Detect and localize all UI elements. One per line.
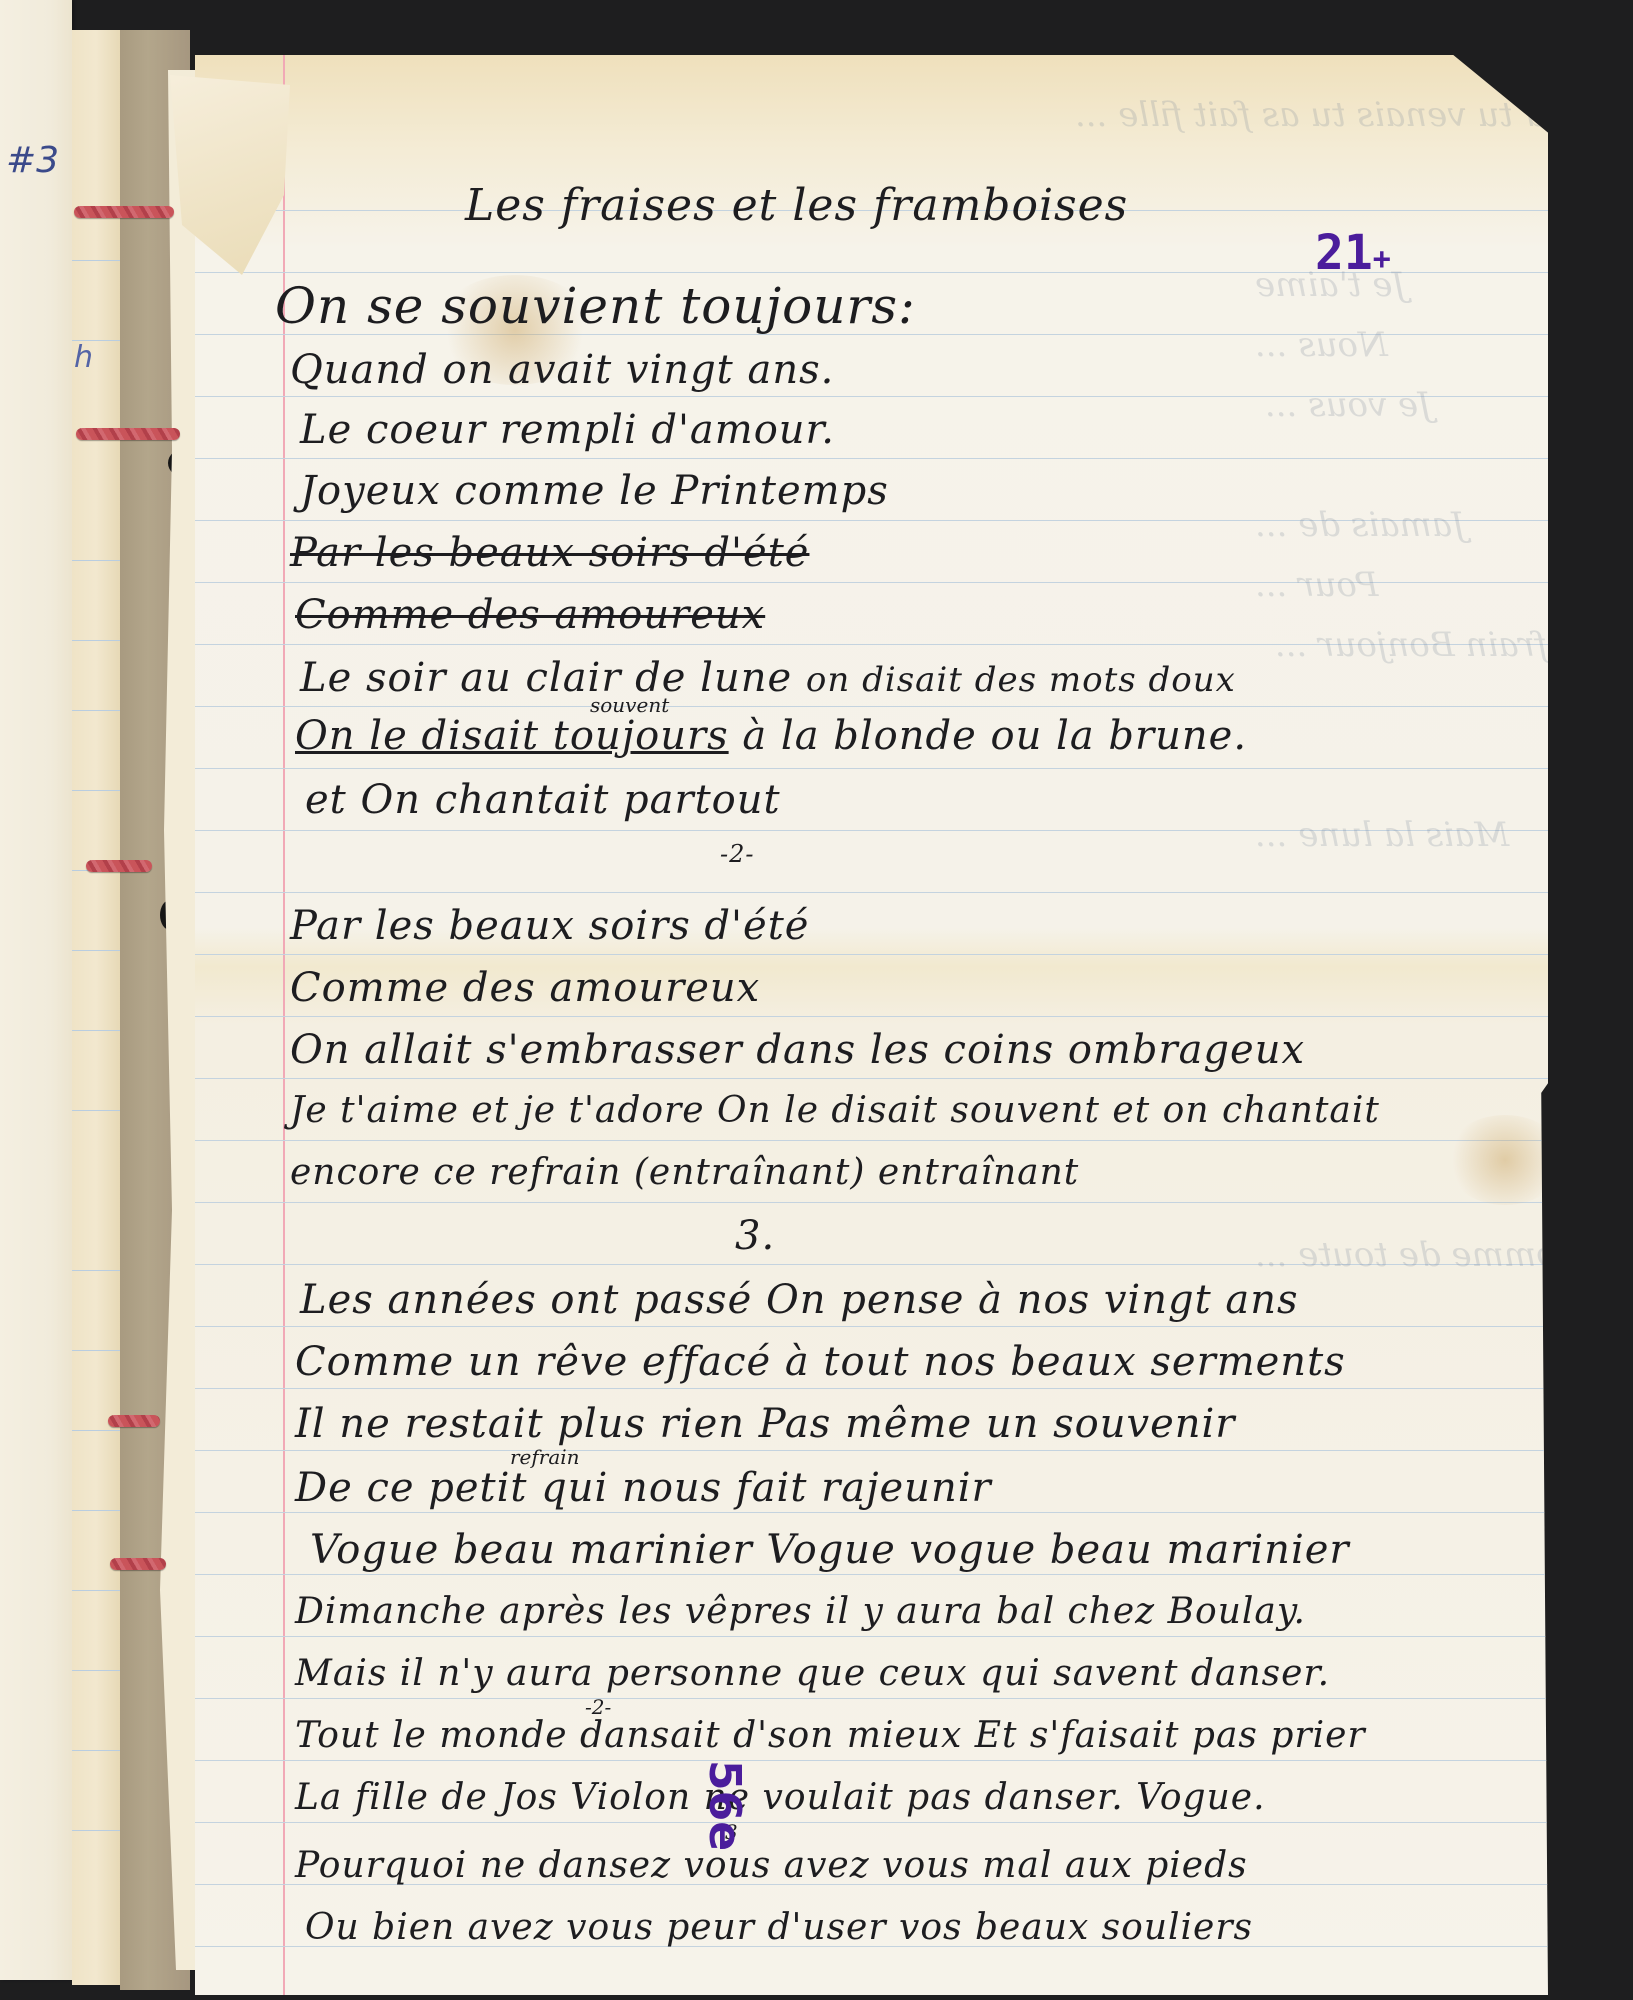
lyric-line: De ce petit qui nous fait rajeunir bbox=[295, 1465, 992, 1511]
lyric-line: Le coeur rempli d'amour. bbox=[300, 407, 835, 453]
bleed-through-text: Refrain Bonjour ... bbox=[1275, 625, 1593, 665]
bleed-through-text: Mais toujours quand tu venais tu as fait… bbox=[1075, 95, 1633, 135]
lyric-line: Comme des amoureux bbox=[290, 965, 760, 1011]
binding-string bbox=[108, 1415, 160, 1427]
lyric-line: Pourquoi ne dansez vous avez vous mal au… bbox=[295, 1845, 1248, 1886]
lyric-continuation: on disait des mots doux bbox=[806, 660, 1236, 700]
binding-string bbox=[110, 1558, 166, 1570]
lyric-line: et On chantait partout bbox=[305, 777, 781, 823]
lyric-text: Le soir au clair de lune bbox=[300, 655, 792, 701]
main-ruled-page: Mais toujours quand tu venais tu as fait… bbox=[195, 55, 1548, 1995]
lyric-line: Mais il n'y aura personne que ceux qui s… bbox=[295, 1653, 1330, 1694]
scanned-notebook: #3 h bbox=[0, 0, 1633, 2000]
page-number-suffix: + bbox=[1373, 242, 1391, 277]
lyric-line: Le soir au clair de lune on disait des m… bbox=[300, 655, 1236, 701]
lyric-line: Joyeux comme le Printemps bbox=[300, 468, 889, 514]
lyric-line-struck: Par les beaux soirs d'été bbox=[290, 530, 809, 576]
lyric-line: encore ce refrain (entraînant) entraînan… bbox=[290, 1152, 1079, 1193]
catalog-stamp: 56e bbox=[699, 1760, 750, 1851]
lyric-line: Les années ont passé On pense à nos ving… bbox=[300, 1277, 1299, 1323]
binding-string bbox=[74, 206, 174, 218]
binding-margin-mark: h bbox=[74, 340, 93, 375]
lyric-line: On allait s'embrasser dans les coins omb… bbox=[290, 1027, 1305, 1073]
margin-line bbox=[283, 55, 285, 1995]
bleed-through-text: Nous ... bbox=[1255, 325, 1388, 365]
lyric-line: Comme un rêve effacé à tout nos beaux se… bbox=[295, 1339, 1346, 1385]
left-margin-note: #3 bbox=[6, 140, 59, 181]
lyric-line: Je t'aime et je t'adore On le disait sou… bbox=[290, 1090, 1380, 1131]
binding-string bbox=[86, 860, 152, 872]
lyric-line: On se souvient toujours: bbox=[275, 277, 916, 335]
lyric-line-struck: Comme des amoureux bbox=[295, 592, 765, 638]
bleed-through-text: Comme de toute ... bbox=[1255, 1235, 1583, 1275]
bleed-through-text: Mais la lune ... bbox=[1255, 815, 1509, 855]
bleed-through-text: Je vous ... bbox=[1265, 385, 1432, 425]
binding-string bbox=[76, 428, 180, 440]
lyric-line: Vogue beau marinier Vogue vogue beau mar… bbox=[310, 1527, 1350, 1573]
lyric-line: Tout le monde dansait d'son mieux Et s'f… bbox=[295, 1715, 1366, 1756]
page-number: 21 bbox=[1315, 225, 1373, 281]
lyric-continuation: à la blonde ou la brune. bbox=[742, 713, 1247, 759]
verse-number: 3. bbox=[735, 1213, 775, 1259]
lyric-line: Par les beaux soirs d'été bbox=[290, 903, 809, 949]
lyric-line: Dimanche après les vêpres il y aura bal … bbox=[295, 1591, 1306, 1632]
lyric-line: Il ne restait plus rien Pas même un souv… bbox=[295, 1401, 1235, 1447]
page-number-stamp: 21+ bbox=[1315, 225, 1391, 281]
left-page-edge: #3 bbox=[0, 0, 72, 1980]
lyric-text-struck: On le disait toujours bbox=[295, 713, 729, 759]
lyric-line: La fille de Jos Violon ne voulait pas da… bbox=[295, 1777, 1266, 1818]
verse-number: -2- bbox=[720, 840, 755, 868]
lyric-line: On le disait toujours à la blonde ou la … bbox=[295, 713, 1247, 759]
bleed-through-text: Jamais de ... bbox=[1255, 505, 1466, 545]
lyric-line: Quand on avait vingt ans. bbox=[290, 347, 834, 393]
song-title: Les fraises et les framboises bbox=[465, 180, 1128, 231]
lyric-line: Ou bien avez vous peur d'user vos beaux … bbox=[305, 1907, 1253, 1948]
binding-strip bbox=[72, 30, 122, 1985]
bleed-through-text: Pour ... bbox=[1255, 565, 1378, 605]
